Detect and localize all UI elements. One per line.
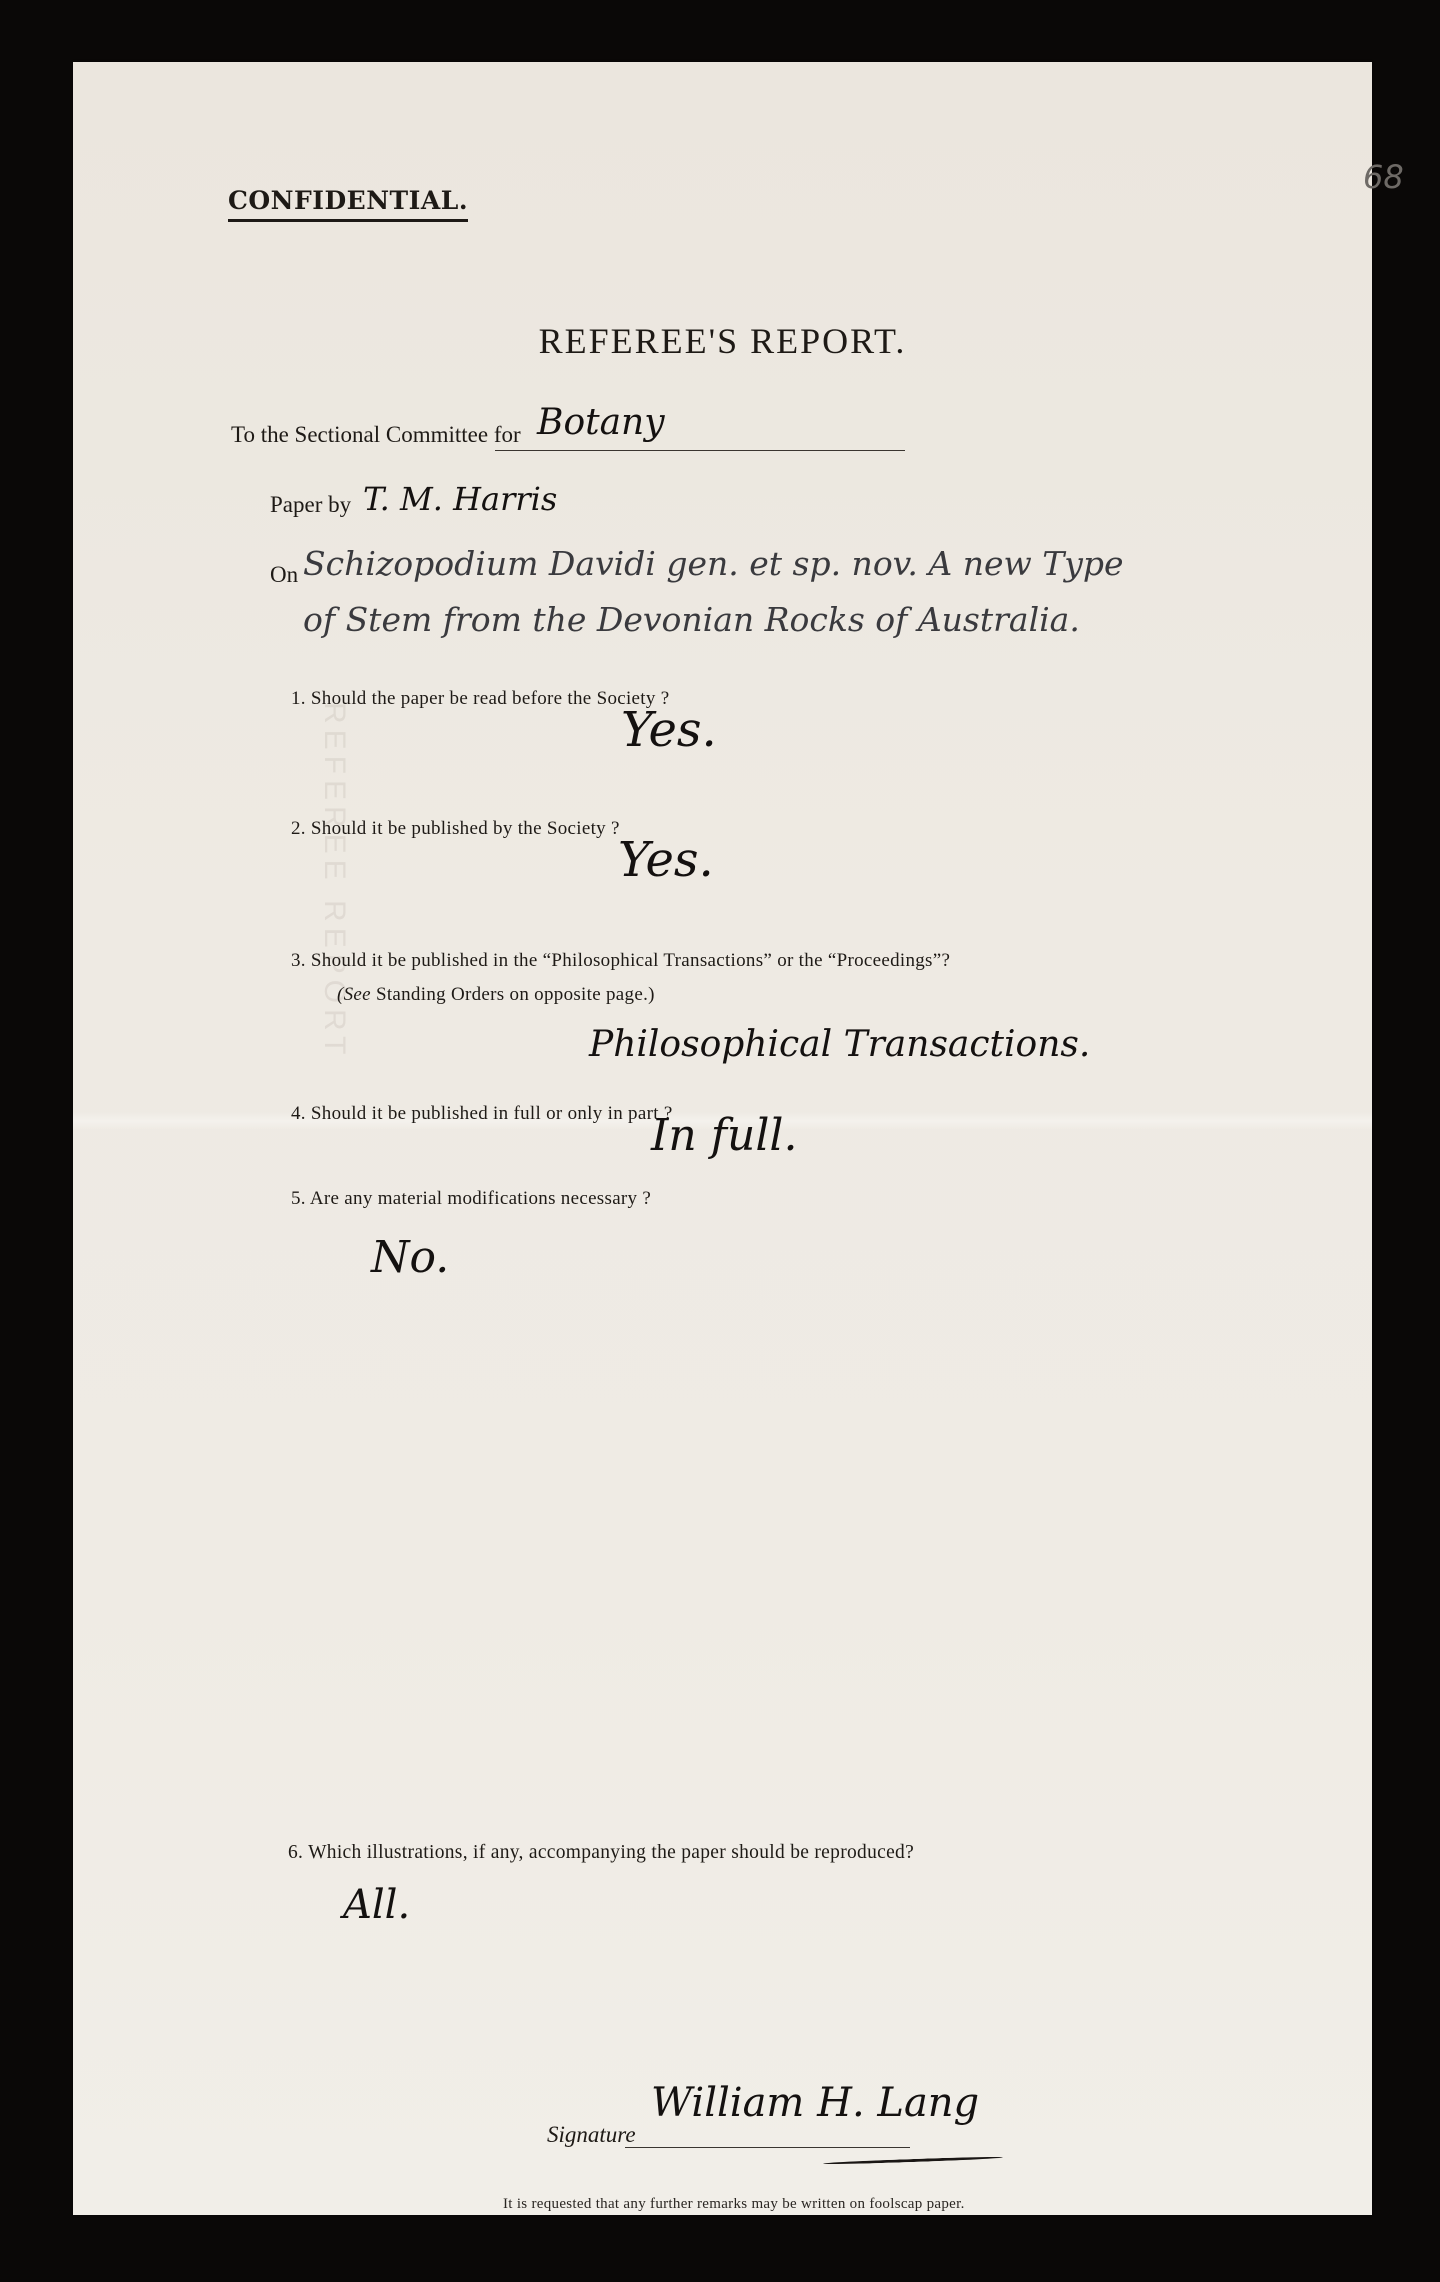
answer-6: All.: [343, 1882, 410, 1928]
footnote: It is requested that any further remarks…: [503, 2196, 965, 2213]
question-number: 1.: [291, 688, 306, 709]
question-number: 6.: [288, 1842, 303, 1863]
answer-1: Yes.: [621, 702, 717, 758]
committee-value: Botany: [537, 402, 665, 443]
question-text: Should it be published in full or only i…: [311, 1103, 673, 1124]
question-text: Are any material modifications necessary…: [310, 1188, 651, 1209]
question-number: 4.: [291, 1103, 306, 1124]
answer-4: In full.: [651, 1110, 797, 1161]
paper-by-label: Paper by: [270, 492, 351, 518]
confidential-label: CONFIDENTIAL.: [228, 184, 468, 222]
answer-3: Philosophical Transactions.: [589, 1024, 1090, 1065]
show-through-text: REFEREE REPORT: [321, 702, 351, 1262]
question-number: 5.: [291, 1188, 306, 1209]
question-1: 1. Should the paper be read before the S…: [291, 688, 669, 710]
question-2: 2. Should it be published by the Society…: [291, 818, 620, 840]
author-value: T. M. Harris: [363, 480, 557, 518]
note-rest: Standing Orders on opposite page.): [371, 984, 655, 1005]
question-number: 3.: [291, 950, 306, 971]
answer-5: No.: [371, 1232, 449, 1283]
signature-value: William H. Lang: [651, 2080, 979, 2126]
question-3: 3. Should it be published in the “Philos…: [291, 950, 950, 972]
signature-flourish: [823, 2156, 1003, 2165]
note-prefix: (See: [337, 984, 371, 1005]
report-page: REFEREE REPORT CONFIDENTIAL. 68 REFEREE'…: [73, 62, 1372, 2215]
paper-title-line-2: of Stem from the Devonian Rocks of Austr…: [303, 600, 1080, 639]
committee-underline: [495, 450, 905, 451]
signature-label: Signature: [547, 2122, 636, 2148]
question-number: 2.: [291, 818, 306, 839]
question-5: 5. Are any material modifications necess…: [291, 1188, 651, 1210]
question-text: Should it be published by the Society ?: [311, 818, 620, 839]
folio-number: 68: [1363, 158, 1404, 196]
question-text: Should the paper be read before the Soci…: [311, 688, 670, 709]
committee-label: To the Sectional Committee for: [231, 422, 521, 448]
question-text: Should it be published in the “Philosoph…: [311, 950, 950, 971]
signature-line: [625, 2147, 910, 2148]
paper-title-line-1: Schizopodium Davidi gen. et sp. nov. A n…: [303, 544, 1124, 583]
question-4: 4. Should it be published in full or onl…: [291, 1103, 673, 1125]
question-text: Which illustrations, if any, accompanyin…: [308, 1842, 914, 1863]
question-3-note: (See Standing Orders on opposite page.): [337, 984, 655, 1006]
page-title: REFEREE'S REPORT.: [73, 320, 1372, 362]
answer-2: Yes.: [618, 832, 714, 888]
paper-on-label: On: [270, 562, 298, 588]
question-6: 6. Which illustrations, if any, accompan…: [288, 1842, 914, 1864]
